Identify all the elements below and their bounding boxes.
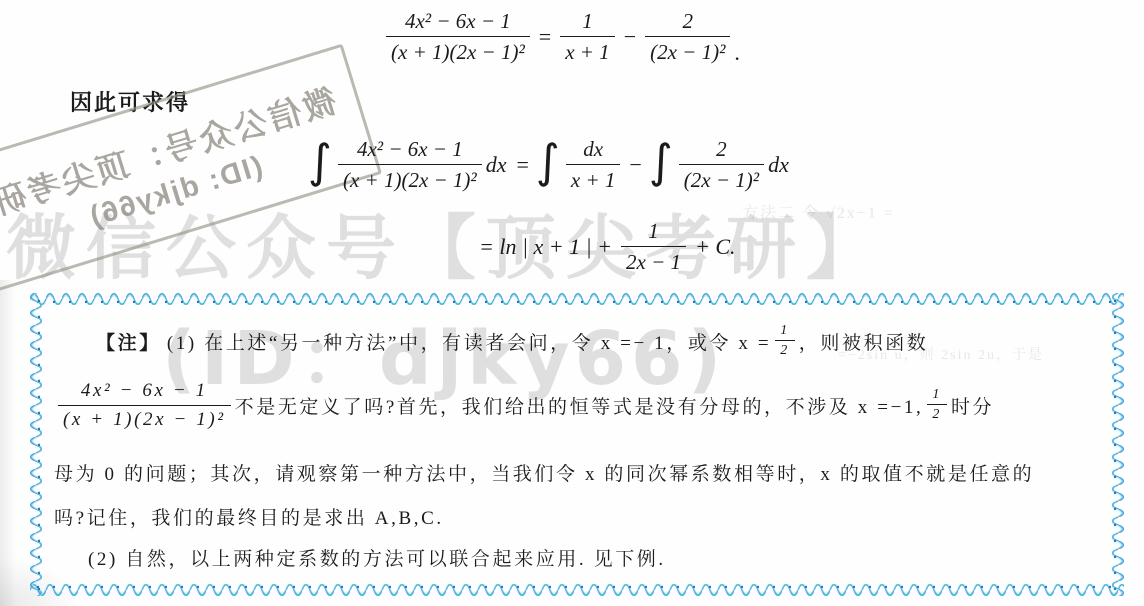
numerator: 4x² − 6x − 1 [386,8,530,37]
note-text: 吗?记住，我们的最终目的是求出 A,B,C. [54,503,444,530]
fraction: 2 (2x − 1)² [645,8,730,66]
denominator: (2x − 1)² [645,37,730,65]
note-text: (2) 自然，以上两种定系数的方法可以联合起来应用. 见下例. [88,544,666,571]
denominator: x + 1 [566,165,621,193]
numerator: 1 [621,218,686,247]
fraction-one-half: 1 2 [927,387,947,423]
integral-sign: ∫ [308,141,332,182]
fraction: 1 x + 1 [560,8,615,66]
denominator: 2 [775,341,795,359]
integral-sign: ∫ [536,141,560,182]
wavy-border-bottom [30,584,1124,596]
denominator: (2x − 1)² [679,165,764,193]
numerator: 1 [775,323,795,341]
note-text: ，则被积函数 [799,328,929,355]
note-box: 【注】 (1) 在上述“另一种方法”中，有读者会问，令 x =− 1，或令 x … [30,293,1124,596]
fraction: 4x² − 6x − 1 (x + 1)(2x − 1)² [338,136,482,194]
note-text: 时分 [951,392,994,419]
dx-term: dx [486,152,507,178]
denominator: 2 [927,405,947,423]
wavy-border-right [1112,293,1124,596]
equals-sign: = [517,152,529,178]
note-text: 母为 0 的问题；其次，请观察第一种方法中，当我们令 x 的同次幂系数相等时，x… [54,459,1034,486]
scanned-textbook-page: { "colors": { "wave_blue": "#3fa9dc", "w… [0,0,1144,606]
fraction: 1 2x − 1 [621,218,686,276]
denominator: x + 1 [560,37,615,65]
numerator: 4x² − 6x − 1 [338,136,482,165]
wavy-border-top [30,293,1124,305]
minus-sign: − [629,152,641,178]
numerator: 1 [560,8,615,37]
note-line-5: (2) 自然，以上两种定系数的方法可以联合起来应用. 见下例. [88,544,666,571]
denominator: (x + 1)(2x − 1)² [386,37,530,65]
fraction: 4x² − 6x − 1 (x + 1)(2x − 1)² [58,379,231,432]
period: . [734,40,740,66]
note-line-1: 【注】 (1) 在上述“另一种方法”中，有读者会问，令 x =− 1，或令 x … [96,323,928,359]
integral-equation: ∫ 4x² − 6x − 1 (x + 1)(2x − 1)² dx = ∫ d… [306,136,794,194]
note-text: 不是无定义了吗?首先，我们给出的恒等式是没有分母的，不涉及 x =−1, [235,392,924,419]
identity-formula: 4x² − 6x − 1 (x + 1)(2x − 1)² = 1 x + 1 … [382,8,745,66]
integral-sign: ∫ [649,141,673,182]
note-tag: 【注】 [96,328,161,355]
denominator: (x + 1)(2x − 1)² [338,165,482,193]
numerator: 2 [679,136,764,165]
minus-sign: − [624,24,636,50]
fraction: 4x² − 6x − 1 (x + 1)(2x − 1)² [386,8,530,66]
dx-term: dx [768,152,789,178]
note-text: (1) 在上述“另一种方法”中，有读者会问，令 x =− 1，或令 x = [167,328,771,355]
numerator: 2 [645,8,730,37]
fraction-one-half: 1 2 [775,323,795,359]
integral-result: = ln | x + 1 | + 1 2x − 1 + C. [474,218,741,276]
fraction: 2 (2x − 1)² [679,136,764,194]
result-prefix: = ln | x + 1 | + [479,234,612,260]
denominator: 2x − 1 [621,247,686,275]
note-line-3: 母为 0 的问题；其次，请观察第一种方法中，当我们令 x 的同次幂系数相等时，x… [54,459,1034,486]
numerator: 1 [927,387,947,405]
wavy-border-left [30,293,42,596]
fraction: dx x + 1 [566,136,621,194]
numerator: dx [566,136,621,165]
numerator: 4x² − 6x − 1 [58,379,231,406]
note-line-2: 4x² − 6x − 1 (x + 1)(2x − 1)² 不是无定义了吗?首先… [54,379,994,432]
equals-sign: = [539,24,551,50]
denominator: (x + 1)(2x − 1)² [58,406,231,432]
note-line-4: 吗?记住，我们的最终目的是求出 A,B,C. [54,503,444,530]
result-suffix: + C. [695,234,736,260]
